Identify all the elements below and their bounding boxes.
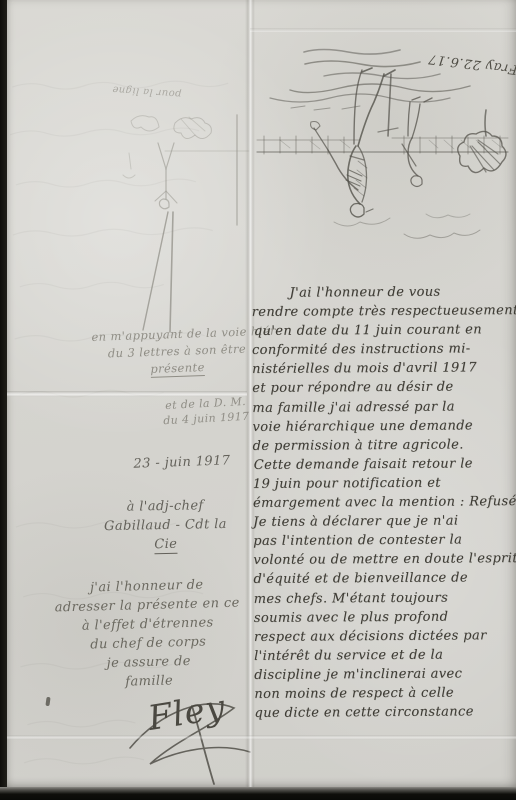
letter-line: Je tiens à déclarer que je n'ai <box>253 511 515 532</box>
scan-edge-left <box>0 0 7 800</box>
letter-line: Cette demande faisait retour le <box>253 454 515 475</box>
letter-body: J'ai l'honneur de vous rendre compte trè… <box>251 282 516 723</box>
letter-line: conformité des instructions mi- <box>252 339 514 360</box>
letter-line: pas l'intention de contester la <box>253 530 515 551</box>
letter-line: voie hiérarchique une demande <box>252 416 514 437</box>
letter-line: ma famille j'ai adressé par la <box>252 397 514 418</box>
letter-line: rendre compte très respectueusement <box>252 301 514 322</box>
margin-faint-note: en m'appuyant de la voie hiér du 3 lettr… <box>91 323 263 380</box>
scanned-letter-page: Fray 22.6.17 pour la ligne en m'appuyant… <box>0 0 516 800</box>
letter-line: volonté ou de mettre en doute l'esprit <box>253 549 515 570</box>
fold-crease-horizontal-left <box>7 391 247 397</box>
addressee-line: Cie <box>88 534 243 556</box>
letter-line: et pour répondre au désir de <box>252 378 514 399</box>
letter-line: mes chefs. M'étant toujours <box>254 588 516 609</box>
margin-addressee: à l'adj-chef Gabillaud - Cdt la Cie <box>88 496 244 556</box>
letter-line: discipline je m'inclinerai avec <box>254 664 516 685</box>
letter-line: J'ai l'honneur de vous <box>251 282 513 303</box>
letter-line: 19 juin pour notification et <box>253 473 515 494</box>
letter-line: de permission à titre agricole. <box>253 435 515 456</box>
letter-line: soumis avec le plus profond <box>254 607 516 628</box>
letter-line: respect aux décisions dictées par <box>254 626 516 647</box>
addressee-line: Gabillaud - Cdt la <box>88 515 243 537</box>
margin-closing-note: j'ai l'honneur de adresser la présente e… <box>47 574 250 693</box>
letter-line: nistérielles du mois d'avril 1917 <box>252 358 514 379</box>
letter-line: émargement avec la mention : Refusé. <box>253 492 515 513</box>
pencil-stroke-mark <box>135 205 180 340</box>
fold-crease-horizontal-top <box>250 28 516 32</box>
letter-line: que dicte en cette circonstance <box>254 702 516 723</box>
fold-crease-horizontal-bottom <box>7 735 516 740</box>
letter-line: l'intérêt du service et de la <box>254 645 516 666</box>
letter-line: non moins de respect à celle <box>254 683 516 704</box>
scan-edge-bottom <box>0 787 516 800</box>
letter-line: d'équité et de bienveillance de <box>253 568 515 589</box>
letter-line: qu'en date du 11 juin courant en <box>252 320 514 341</box>
